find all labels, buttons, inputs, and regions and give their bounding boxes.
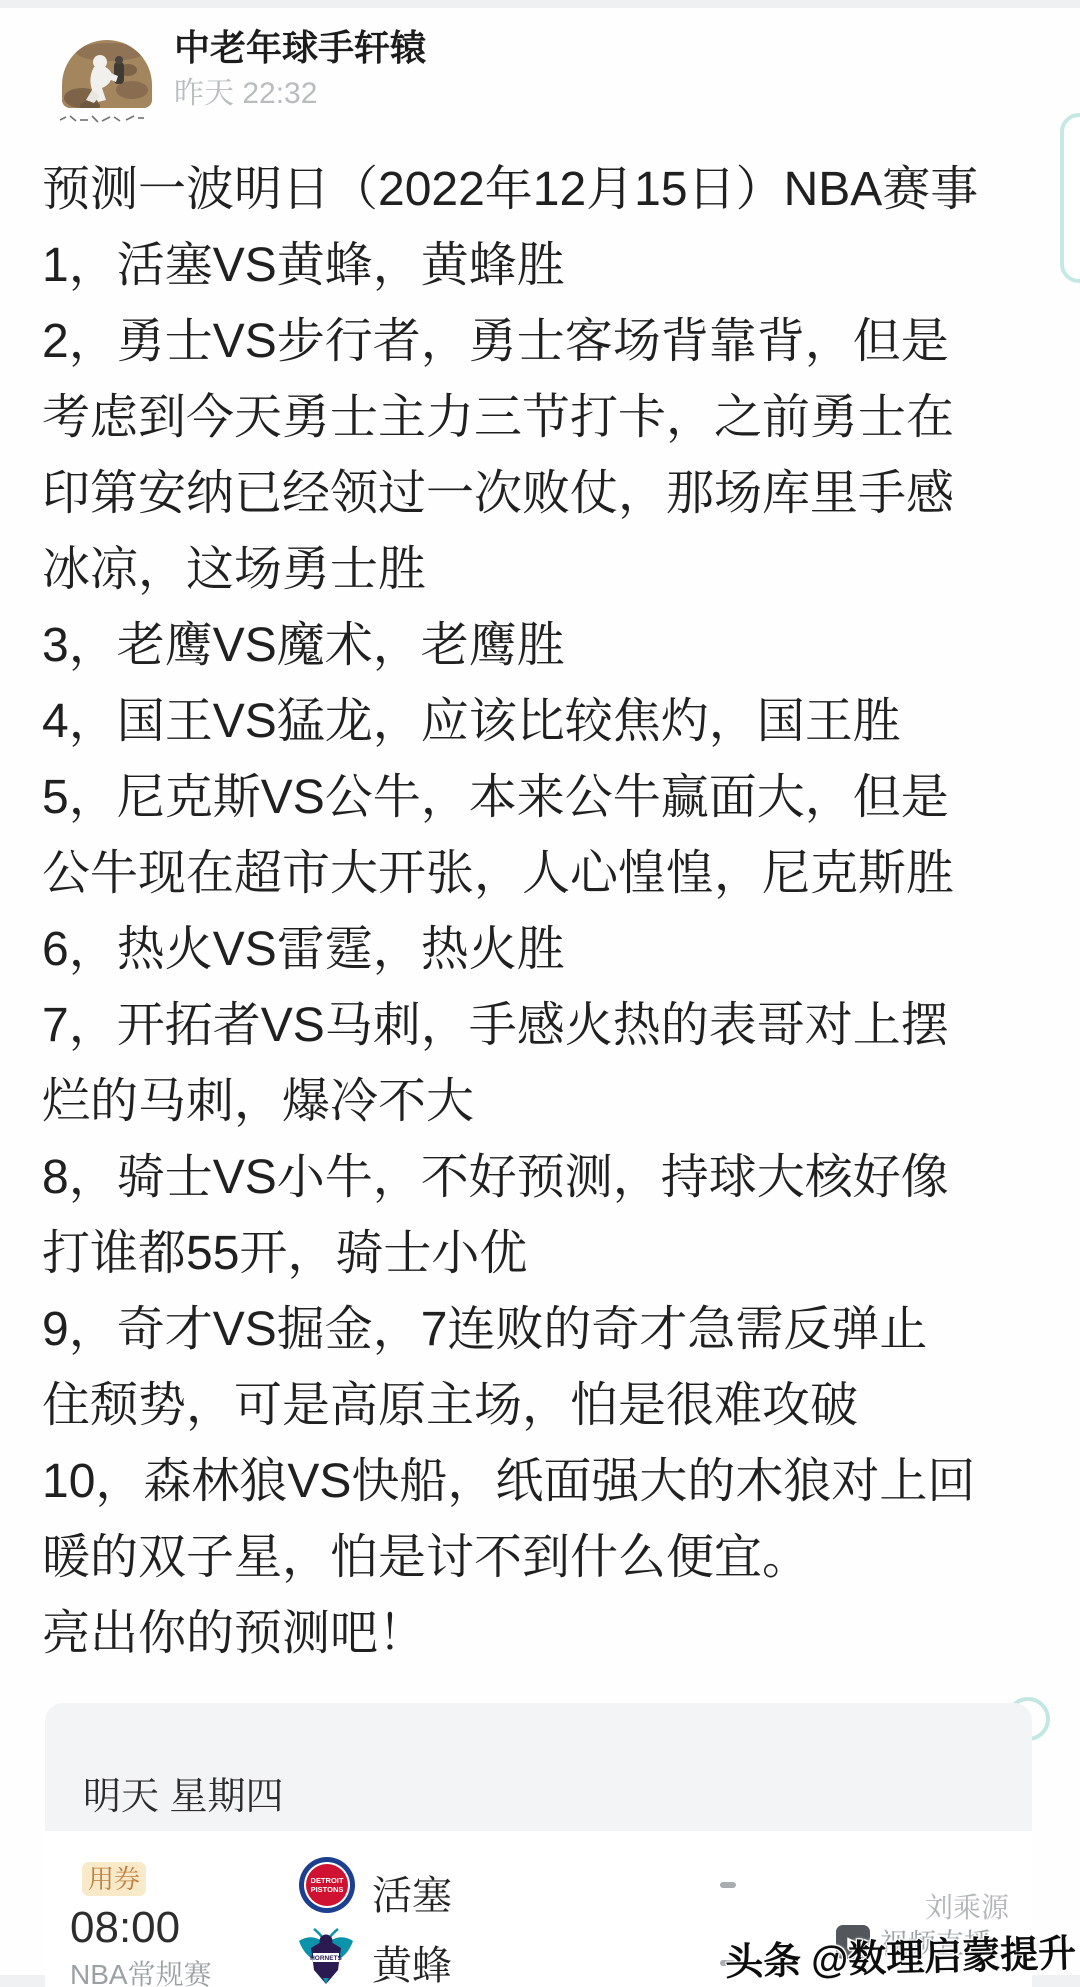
- hornets-logo-icon: HORNETS: [296, 1926, 356, 1986]
- coupon-badge: 用券: [82, 1862, 146, 1896]
- away-team-name: 黄蜂: [372, 1934, 452, 1987]
- username[interactable]: 中老年球手轩辕: [174, 26, 426, 70]
- post-line: 亮出你的预测吧！: [42, 1596, 1047, 1672]
- schedule-date-header: 明天 星期四: [83, 1765, 284, 1820]
- pistons-logo-icon: DETROIT PISTONS: [298, 1856, 356, 1914]
- watermark: 头条@数理启蒙提升: [724, 1922, 1076, 1986]
- post-line: 冰凉，这场勇士胜: [42, 532, 1047, 608]
- post-line: 考虑到今天勇士主力三节打卡，之前勇士在: [42, 380, 1047, 456]
- home-score-placeholder: [720, 1882, 736, 1888]
- post-line: 5，尼克斯VS公牛，本来公牛赢面大，但是: [42, 760, 1047, 836]
- watermark-handle: @数理启蒙提升: [811, 1933, 1077, 1982]
- watermark-brand: 头条: [725, 1940, 802, 1984]
- post-line: 暖的双子星，怕是讨不到什么便宜。: [42, 1520, 1047, 1596]
- post-line: 8，骑士VS小牛，不好预测，持球大核好像: [42, 1140, 1047, 1216]
- side-pill-handle[interactable]: [1060, 113, 1080, 283]
- avatar-caption-marks: [58, 112, 146, 126]
- avatar[interactable]: [62, 40, 152, 108]
- post-line: 7，开拓者VS马刺，手感火热的表哥对上摆: [42, 988, 1047, 1064]
- post-line: 2，勇士VS步行者，勇士客场背靠背，但是: [42, 304, 1047, 380]
- post-line: 预测一波明日（2022年12月15日）NBA赛事: [42, 152, 1047, 228]
- commentator-name: 刘乘源: [925, 1886, 1009, 1926]
- post-line: 6，热火VS雷霆，热火胜: [42, 912, 1047, 988]
- post-line: 10，森林狼VS快船，纸面强大的木狼对上回: [42, 1444, 1047, 1520]
- post-body: 预测一波明日（2022年12月15日）NBA赛事 1，活塞VS黄蜂，黄蜂胜 2，…: [42, 152, 1047, 1672]
- home-team-name: 活塞: [372, 1864, 452, 1921]
- post-line: 烂的马刺，爆冷不大: [42, 1064, 1047, 1140]
- pistons-logo-text: PISTONS: [311, 1885, 344, 1894]
- post-line: 印第安纳已经领过一次败仗，那场库里手感: [42, 456, 1047, 532]
- post-line: 4，国王VS猛龙，应该比较焦灼，国王胜: [42, 684, 1047, 760]
- post-line: 住颓势，可是高原主场，怕是很难攻破: [42, 1368, 1047, 1444]
- game-time: 08:00: [70, 1903, 180, 1953]
- post-line: 公牛现在超市大开张，人心惶惶，尼克斯胜: [42, 836, 1047, 912]
- post-line: 打谁都55开，骑士小优: [42, 1216, 1047, 1292]
- schedule-card-header: 明天 星期四: [45, 1703, 1032, 1831]
- hornets-logo-text: HORNETS: [310, 1955, 342, 1962]
- avatar-image-icon: [62, 40, 152, 108]
- post-line: 1，活塞VS黄蜂，黄蜂胜: [42, 228, 1047, 304]
- post-line: 3，老鹰VS魔术，老鹰胜: [42, 608, 1047, 684]
- post-line: 9，奇才VS掘金，7连败的奇才急需反弹止: [42, 1292, 1047, 1368]
- game-league: NBA常规赛: [70, 1953, 212, 1987]
- top-edge-strip: [0, 0, 1080, 8]
- post-timestamp: 昨天 22:32: [174, 76, 317, 112]
- pistons-logo-text: DETROIT: [311, 1876, 344, 1885]
- post-page: 中老年球手轩辕 昨天 22:32 预测一波明日（2022年12月15日）NBA赛…: [0, 0, 1080, 1987]
